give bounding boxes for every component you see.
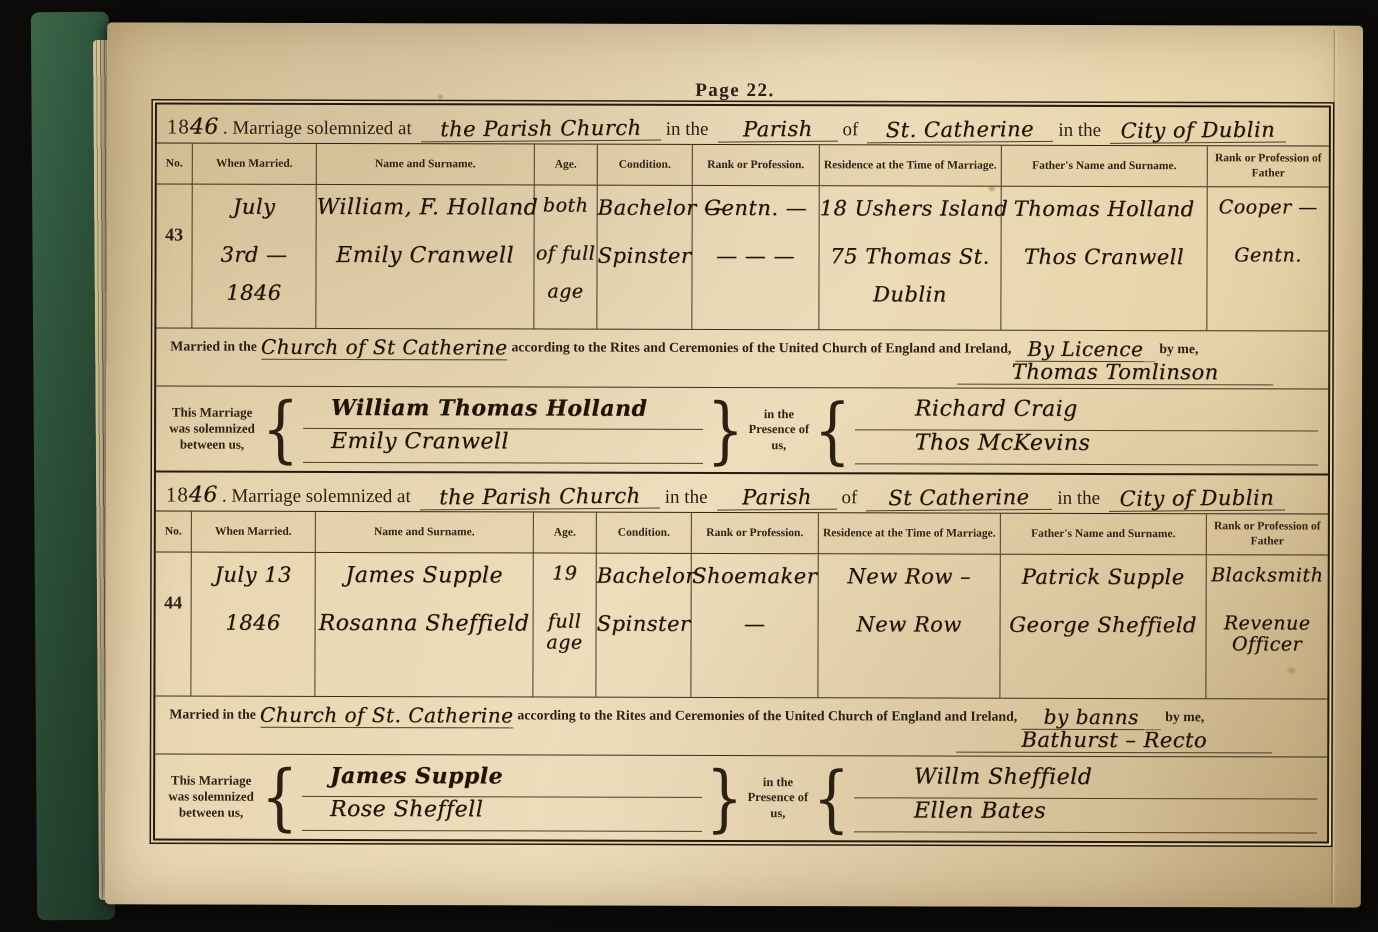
church-place-handwritten: the Parish Church: [421, 116, 661, 143]
groom-father: Patrick Supple: [1001, 565, 1206, 590]
page-number: Page 22.: [695, 80, 775, 102]
page-fold-crease: [1331, 30, 1337, 904]
rank-cell: Shoemaker —: [691, 554, 818, 697]
solemnized-block: This Marriage was solemnized between us,…: [155, 754, 1327, 841]
church-name-handwritten: Church of St. Catherine: [260, 703, 514, 729]
groom-father-rank: Cooper —: [1208, 197, 1329, 218]
col-when-married: When Married.: [193, 144, 317, 184]
register-page: Page 22. 1846 . Marriage solemnized at t…: [105, 22, 1363, 907]
age-line: of full: [535, 243, 597, 264]
entry-number: 43: [157, 224, 192, 245]
groom-residence: 18 Ushers Island: [820, 196, 1001, 220]
witness-signature: Thos McKevins: [855, 430, 1318, 465]
year: 1846: [166, 483, 218, 508]
groom-name: James Supple: [316, 563, 533, 589]
col-no: No.: [156, 511, 192, 551]
marriage-record-44: 1846 . Marriage solemnized at the Parish…: [155, 470, 1328, 841]
col-father-name: Father's Name and Surname.: [1002, 146, 1208, 187]
condition-cell: Bachelor — Spinster: [597, 186, 692, 329]
groom-signature: James Supple: [302, 763, 702, 798]
date-line: 1846: [192, 281, 315, 305]
bride-rank: —: [692, 612, 818, 636]
year: 1846: [167, 115, 219, 140]
marriage-record-43: 1846 . Marriage solemnized at the Parish…: [156, 104, 1329, 473]
groom-rank: Gentn. —: [693, 196, 819, 220]
parish-handwritten: Parish: [716, 485, 836, 511]
groom-residence: New Row –: [819, 564, 1000, 588]
father-rank-cell: Blacksmith Revenue Officer: [1206, 555, 1327, 698]
brace: {: [261, 751, 298, 844]
col-father-rank: Rank or Profession of Father: [1207, 514, 1328, 554]
parish-name-handwritten: St Catherine: [866, 485, 1052, 511]
parish-handwritten: Parish: [717, 117, 837, 143]
age-line: 19: [534, 563, 596, 584]
col-father-name: Father's Name and Surname.: [1001, 514, 1207, 555]
ink-stain: [437, 93, 444, 100]
bride-residence: New Row: [819, 612, 1000, 636]
by-me-label: by me,: [1159, 341, 1198, 356]
entry-row: 44 July 13 1846 James Supple Rosanna She…: [155, 552, 1327, 699]
header-text: in the: [665, 487, 708, 509]
solemnized-block: This Marriage was solemnized between us,…: [156, 386, 1328, 473]
presence-label: in the Presence of us,: [745, 775, 811, 822]
witness-signature: Willm Sheffield: [854, 764, 1317, 799]
age-cell: 19 full age: [533, 553, 596, 696]
officiant-signature: Bathurst – Recto: [956, 728, 1272, 754]
col-residence: Residence at the Time of Marriage.: [819, 513, 1001, 553]
bride-signature: Emily Cranwell: [303, 429, 703, 464]
rites-text: according to the Rites and Ceremonies of…: [517, 707, 1017, 723]
col-no: No.: [157, 143, 193, 183]
father-rank-cell: Cooper — Gentn.: [1207, 187, 1328, 330]
column-headers: No. When Married. Name and Surname. Age.…: [156, 511, 1328, 555]
licence-or-banns-handwritten: By Licence: [1015, 337, 1155, 362]
col-father-rank: Rank or Profession of Father: [1208, 146, 1329, 186]
col-age: Age.: [534, 512, 597, 552]
entry-number: 44: [156, 592, 191, 613]
record-header: 1846 . Marriage solemnized at the Parish…: [156, 472, 1328, 514]
by-me-label: by me,: [1165, 709, 1204, 724]
age-line: full age: [534, 611, 596, 653]
marriage-register-table: 1846 . Marriage solemnized at the Parish…: [153, 102, 1331, 843]
header-text: in the: [1057, 488, 1100, 510]
age-line: age: [534, 281, 596, 302]
col-name-surname: Name and Surname.: [316, 512, 534, 553]
entry-row: 43 July 3rd — 1846 William, F. Holland E…: [156, 184, 1328, 331]
year-handwritten: 46: [189, 483, 218, 508]
when-married-cell: July 13 1846: [191, 553, 315, 696]
brace: {: [813, 752, 850, 845]
when-married-cell: July 3rd — 1846: [192, 185, 316, 328]
groom-name: William, F. Holland: [317, 195, 534, 221]
header-text: of: [842, 487, 858, 509]
date-line: July 13: [192, 563, 315, 587]
church-name-handwritten: Church of St Catherine: [261, 335, 508, 361]
bride-residence: 75 Thomas St.: [820, 244, 1001, 268]
age-line: both: [535, 195, 597, 216]
bride-father: George Sheffield: [1001, 613, 1206, 638]
brace: }: [706, 752, 743, 845]
bride-rank: — — —: [693, 244, 819, 268]
presence-label: in the Presence of us,: [746, 407, 812, 454]
year-handwritten: 46: [190, 115, 219, 140]
city-handwritten: City of Dublin: [1110, 118, 1286, 144]
header-text: . Marriage solemnized at: [222, 486, 411, 508]
rank-cell: Gentn. — — — —: [692, 186, 819, 329]
city-handwritten: City of Dublin: [1109, 486, 1285, 512]
age-cell: both of full age: [534, 185, 597, 328]
col-when-married: When Married.: [192, 512, 316, 552]
groom-condition: Bachelor: [597, 564, 691, 588]
condition-cell: Bachelor Spinster: [596, 554, 691, 697]
parish-name-handwritten: St. Catherine: [867, 117, 1053, 143]
brace: {: [262, 383, 299, 476]
col-condition: Condition.: [598, 145, 693, 185]
groom-signature: William Thomas Holland: [303, 395, 703, 430]
bride-father-rank: Gentn.: [1208, 245, 1329, 266]
licence-or-banns-handwritten: by banns: [1021, 705, 1161, 730]
groom-rank: Shoemaker: [692, 564, 818, 588]
solemnized-label: This Marriage was solemnized between us,: [164, 404, 260, 453]
header-text: in the: [666, 119, 709, 141]
residence-cell: New Row – New Row: [818, 554, 1000, 697]
names-cell: William, F. Holland Emily Cranwell: [316, 185, 534, 329]
groom-father-rank: Blacksmith: [1207, 565, 1328, 586]
bride-name: Rosanna Sheffield: [316, 611, 533, 637]
record-header: 1846 . Marriage solemnized at the Parish…: [157, 104, 1329, 146]
bride-condition: Spinster: [598, 244, 692, 268]
bride-residence: Dublin: [819, 282, 1000, 306]
col-rank-profession: Rank or Profession.: [693, 145, 820, 185]
names-cell: James Supple Rosanna Sheffield: [315, 553, 533, 697]
date-line: July: [193, 195, 316, 219]
solemnized-label: This Marriage was solemnized between us,: [163, 772, 259, 821]
witness-signature: Ellen Bates: [854, 798, 1317, 833]
married-in-label: Married in the: [170, 339, 257, 354]
header-text: . Marriage solemnized at: [223, 118, 412, 140]
married-in-line: Married in the Church of St. Catherine a…: [155, 696, 1327, 757]
header-text: in the: [1058, 120, 1101, 142]
church-place-handwritten: the Parish Church: [420, 484, 660, 511]
groom-condition: Bachelor —: [598, 196, 692, 220]
married-in-label: Married in the: [169, 707, 256, 722]
col-age: Age.: [535, 144, 598, 184]
married-in-line: Married in the Church of St Catherine ac…: [156, 328, 1328, 389]
col-rank-profession: Rank or Profession.: [692, 513, 819, 553]
officiant-signature: Thomas Tomlinson: [957, 360, 1273, 386]
groom-father: Thomas Holland: [1002, 197, 1207, 222]
bride-father: Thos Cranwell: [1002, 245, 1207, 270]
father-name-cell: Thomas Holland Thos Cranwell: [1001, 187, 1207, 331]
column-headers: No. When Married. Name and Surname. Age.…: [157, 143, 1329, 187]
date-line: 3rd —: [193, 243, 316, 267]
col-residence: Residence at the Time of Marriage.: [820, 145, 1002, 185]
father-name-cell: Patrick Supple George Sheffield: [1000, 555, 1206, 699]
residence-cell: 18 Ushers Island 75 Thomas St. Dublin: [819, 186, 1001, 329]
col-name-surname: Name and Surname.: [317, 144, 535, 185]
brace: }: [707, 384, 744, 477]
brace: {: [814, 384, 851, 477]
header-text: of: [842, 119, 858, 141]
bride-signature: Rose Sheffell: [302, 797, 702, 832]
date-line: 1846: [192, 611, 315, 635]
witness-signature: Richard Craig: [855, 396, 1318, 431]
bride-name: Emily Cranwell: [317, 243, 534, 269]
rites-text: according to the Rites and Ceremonies of…: [512, 339, 1012, 355]
col-condition: Condition.: [597, 513, 692, 553]
bride-father-rank: Revenue Officer: [1207, 613, 1328, 655]
bride-condition: Spinster: [597, 612, 691, 636]
